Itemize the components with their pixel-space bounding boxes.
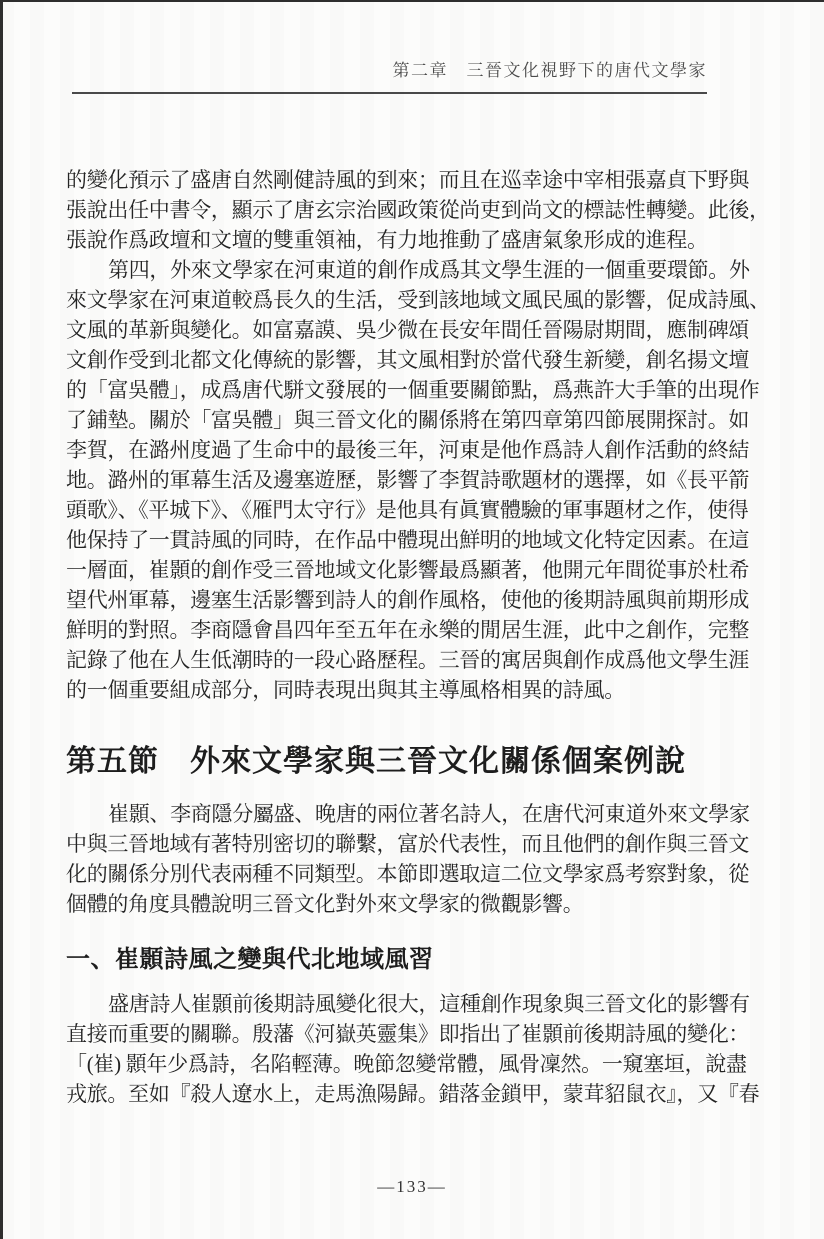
- text-line: 的「富吳體」，成爲唐代駢文發展的一個重要關節點，爲燕許大手筆的出現作: [66, 375, 760, 405]
- text-line: 李賀，在潞州度過了生命中的最後三年，河東是他作爲詩人創作活動的終結: [66, 435, 760, 465]
- text-line: 的變化預示了盛唐自然剛健詩風的到來；而且在巡幸途中宰相張嘉貞下野與: [66, 165, 760, 195]
- scan-top-edge: [0, 0, 824, 2]
- text-line: 直接而重要的關聯。殷藩《河嶽英靈集》即指出了崔顥前後期詩風的變化：: [66, 1019, 760, 1049]
- scan-left-edge: [0, 0, 3, 1239]
- chapter-header-text: 第二章 三晉文化視野下的唐代文學家: [72, 58, 707, 84]
- text-line: 中與三晉地域有著特別密切的聯繫，富於代表性，而且他們的創作與三晉文: [66, 829, 760, 859]
- section-heading: 第五節 外來文學家與三晉文化關係個案例說: [66, 743, 760, 781]
- paragraph: 第四，外來文學家在河東道的創作成爲其文學生涯的一個重要環節。外來文學家在河東道較…: [66, 255, 760, 705]
- paragraph: 崔顥、李商隱分屬盛、晚唐的兩位著名詩人，在唐代河東道外來文學家中與三晉地域有著特…: [66, 799, 760, 919]
- text-line: 記錄了他在人生低潮時的一段心路歷程。三晉的寓居與創作成爲他文學生涯: [66, 645, 760, 675]
- text-line: 盛唐詩人崔顥前後期詩風變化很大，這種創作現象與三晉文化的影響有: [66, 989, 760, 1019]
- text-line: 來文學家在河東道較爲長久的生活，受到該地域文風民風的影響，促成詩風、: [66, 285, 760, 315]
- text-line: 「(崔) 顥年少爲詩，名陷輕薄。晚節忽變常體，風骨凜然。一窺塞垣，說盡: [66, 1049, 760, 1079]
- running-header: 第二章 三晉文化視野下的唐代文學家: [72, 58, 707, 94]
- text-line: 第四，外來文學家在河東道的創作成爲其文學生涯的一個重要環節。外: [66, 255, 760, 285]
- header-rule: [72, 92, 707, 94]
- text-line: 望代州軍幕，邊塞生活影響到詩人的創作風格，使他的後期詩風與前期形成: [66, 585, 760, 615]
- scanned-book-page: 第二章 三晉文化視野下的唐代文學家 的變化預示了盛唐自然剛健詩風的到來；而且在巡…: [0, 0, 824, 1239]
- text-line: 鮮明的對照。李商隱會昌四年至五年在永樂的閒居生涯，此中之創作，完整: [66, 615, 760, 645]
- text-line: 的一個重要組成部分，同時表現出與其主導風格相異的詩風。: [66, 675, 760, 705]
- text-line: 他保持了一貫詩風的同時，在作品中體現出鮮明的地域文化特定因素。在這: [66, 525, 760, 555]
- paragraph: 盛唐詩人崔顥前後期詩風變化很大，這種創作現象與三晉文化的影響有直接而重要的關聯。…: [66, 989, 760, 1109]
- page-body: 的變化預示了盛唐自然剛健詩風的到來；而且在巡幸途中宰相張嘉貞下野與張說出任中書令…: [66, 165, 760, 1109]
- text-line: 頭歌》、《平城下》、《雁門太守行》是他具有眞實體驗的軍事題材之作，使得: [66, 495, 760, 525]
- text-line: 地。潞州的軍幕生活及邊塞遊歷，影響了李賀詩歌題材的選擇，如《長平箭: [66, 465, 760, 495]
- paragraph: 的變化預示了盛唐自然剛健詩風的到來；而且在巡幸途中宰相張嘉貞下野與張說出任中書令…: [66, 165, 760, 255]
- text-line: 了鋪墊。關於「富吳體」與三晉文化的關係將在第四章第四節展開探討。如: [66, 405, 760, 435]
- text-line: 化的關係分別代表兩種不同類型。本節即選取這二位文學家爲考察對象，從: [66, 859, 760, 889]
- text-line: 文創作受到北都文化傳統的影響，其文風相對於當代發生新變，創名揚文壇: [66, 345, 760, 375]
- text-line: 張說出任中書令，顯示了唐玄宗治國政策從尚吏到尚文的標誌性轉變。此後，: [66, 195, 760, 225]
- text-line: 個體的角度具體說明三晉文化對外來文學家的微觀影響。: [66, 889, 760, 919]
- text-line: 崔顥、李商隱分屬盛、晚唐的兩位著名詩人，在唐代河東道外來文學家: [66, 799, 760, 829]
- text-line: 一層面，崔顥的創作受三晉地域文化影響最爲顯著，他開元年間從事於杜希: [66, 555, 760, 585]
- subsection-heading: 一、崔顥詩風之變與代北地域風習: [66, 943, 760, 977]
- text-line: 戎旅。至如『殺人遼水上，走馬漁陽歸。錯落金鎖甲，蒙茸貂鼠衣』，又『春: [66, 1079, 760, 1109]
- text-line: 張說作爲政壇和文壇的雙重領袖，有力地推動了盛唐氣象形成的進程。: [66, 225, 760, 255]
- page-number: —133—: [0, 1177, 824, 1197]
- text-line: 文風的革新與變化。如富嘉謨、吳少微在長安年間任晉陽尉期間，應制碑頌: [66, 315, 760, 345]
